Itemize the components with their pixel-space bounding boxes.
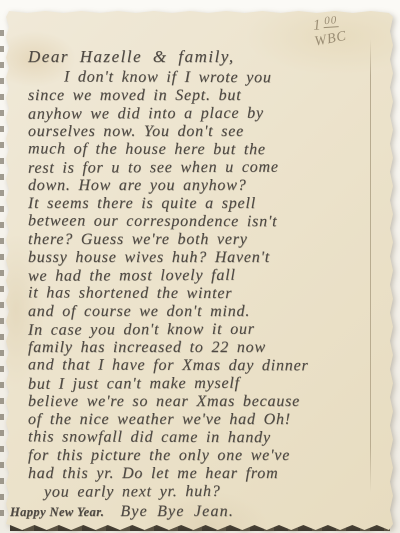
letter-line: It seems there is quite a spell — [28, 195, 381, 213]
letter-line: I don't know if I wrote you — [28, 68, 381, 87]
letter-line: it has shortened the winter — [28, 284, 381, 303]
album-page-edge-left — [0, 30, 4, 519]
letter-line: between our correspondence isn't — [28, 212, 381, 231]
letter-line: had this yr. Do let me hear from — [28, 465, 381, 483]
pencil-price-cents: 00 — [323, 14, 339, 28]
letter-line: for this picture the only one we've — [28, 447, 381, 465]
letter-line: we had the most lovely fall — [28, 266, 381, 286]
signature: Bye Bye Jean. — [120, 503, 234, 521]
closing-row: Happy New Year. Bye Bye Jean. — [28, 503, 381, 521]
salutation: Dear Hazelle & family, — [28, 47, 381, 69]
letter-body: Dear Hazelle & family, I don't know if I… — [28, 47, 381, 521]
letter-line: In case you don't know it our — [28, 320, 381, 340]
pencil-price-whole: 1 — [313, 17, 323, 34]
letter-lines: I don't know if I wrote you since we mov… — [28, 69, 381, 501]
letter-line: rest is for u to see when u come — [28, 158, 381, 178]
letter-line: down. How are you anyhow? — [28, 177, 381, 195]
letter-paper-wrap: 100 WBC Dear Hazelle & family, I don't k… — [6, 11, 393, 530]
letter-line: this snowfall did came in handy — [28, 428, 381, 447]
letter-paper: 100 WBC Dear Hazelle & family, I don't k… — [6, 11, 393, 530]
letter-line: and of course we don't mind. — [28, 303, 381, 321]
letter-line: there? Guess we're both very — [28, 231, 381, 249]
letter-line: much of the house here but the — [28, 140, 381, 159]
letter-line: believe we're so near Xmas because — [28, 393, 381, 411]
closing: Happy New Year. — [10, 505, 104, 520]
letter-line: since we moved in Sept. but — [28, 87, 381, 105]
letter-line: but I just can't make myself — [28, 374, 381, 394]
letter-line: bussy house wives huh? Haven't — [28, 249, 381, 267]
letter-line: family has increased to 22 now — [28, 339, 381, 357]
letter-line: of the nice weather we've had Oh! — [28, 411, 381, 429]
letter-line: ourselves now. You don't see — [28, 123, 381, 141]
letter-line: anyhow we did into a place by — [28, 104, 381, 124]
scanned-letter-page: 100 WBC Dear Hazelle & family, I don't k… — [0, 0, 400, 533]
pencil-note: 100 WBC — [305, 16, 348, 49]
letter-line: and that I have for Xmas day dinner — [28, 356, 381, 375]
letter-line: you early next yr. huh? — [28, 482, 381, 502]
